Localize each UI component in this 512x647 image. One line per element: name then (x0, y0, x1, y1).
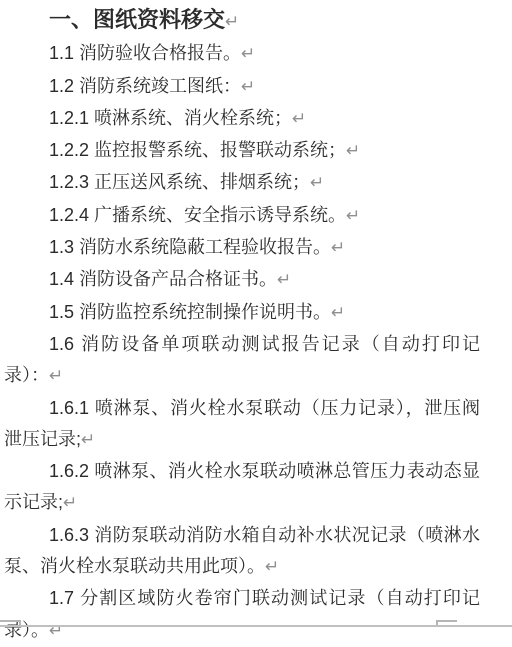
paragraph-text: 1.1 消防验收合格报告。 (49, 43, 241, 63)
paragraph-text: 1.2.2 监控报警系统、报警联动系统； (49, 140, 346, 160)
paragraph-text: 1.7 分割区域防火卷帘门联动测试记录（自动打印记录）。 (4, 588, 480, 630)
paragraph-1-6-2[interactable]: 1.6.2 喷淋泵、消火栓水泵联动喷淋总管压力表动态显示记录;↵ (4, 456, 480, 520)
paragraph-mark-icon: ↵ (241, 77, 255, 97)
paragraph-mark-icon: ↵ (63, 493, 77, 513)
paragraph-mark-icon: ↵ (331, 303, 345, 323)
paragraph-mark-icon: ↵ (265, 557, 279, 577)
paragraph-mark-icon: ↵ (81, 430, 95, 450)
paragraph-1-1[interactable]: 1.1 消防验收合格报告。↵ (4, 38, 480, 70)
paragraph-1-7[interactable]: 1.7 分割区域防火卷帘门联动测试记录（自动打印记录）。↵ (4, 583, 480, 630)
paragraph-mark-icon: ↵ (225, 12, 239, 32)
paragraph-1-4[interactable]: 1.4 消防设备产品合格证书。↵ (4, 264, 480, 296)
paragraph-text: 一、图纸资料移交 (49, 7, 225, 32)
paragraph-mark-icon: ↵ (346, 141, 360, 161)
paragraph-text: 1.2 消防系统竣工图纸： (49, 76, 241, 96)
paragraph-text: 1.3 消防水系统隐蔽工程验收报告。 (49, 237, 331, 257)
paragraph-text: 1.5 消防监控系统控制操作说明书。 (49, 302, 331, 322)
paragraph-heading[interactable]: 一、图纸资料移交↵ (4, 4, 480, 38)
paragraph-mark-icon: ↵ (292, 109, 306, 129)
paragraph-text: 1.2.3 正压送风系统、排烟系统； (49, 172, 310, 192)
paragraph-text: 1.2.4 广播系统、安全指示诱导系统。 (49, 205, 346, 225)
paragraph-mark-icon: ↵ (49, 366, 63, 386)
page-boundary-line (0, 625, 512, 627)
paragraph-text: 1.4 消防设备产品合格证书。 (49, 269, 277, 289)
document-page[interactable]: 一、图纸资料移交↵ 1.1 消防验收合格报告。↵ 1.2 消防系统竣工图纸：↵ … (4, 4, 480, 630)
paragraph-1-2-1[interactable]: 1.2.1 喷淋系统、消火栓系统；↵ (4, 103, 480, 135)
paragraph-text: 1.2.1 喷淋系统、消火栓系统； (49, 108, 292, 128)
paragraph-1-6-3[interactable]: 1.6.3 消防泵联动消防水箱自动补水状况记录（喷淋水泵、消火栓水泵联动共用此项… (4, 520, 480, 584)
paragraph-1-6-1[interactable]: 1.6.1 喷淋泵、消火栓水泵联动（压力记录），泄压阀泄压记录;↵ (4, 393, 480, 457)
paragraph-1-2-3[interactable]: 1.2.3 正压送风系统、排烟系统；↵ (4, 167, 480, 199)
paragraph-mark-icon: ↵ (310, 173, 324, 193)
paragraph-mark-icon: ↵ (277, 270, 291, 290)
paragraph-text: 1.6 消防设备单项联动测试报告记录（自动打印记录）： (4, 334, 480, 385)
paragraph-1-6[interactable]: 1.6 消防设备单项联动测试报告记录（自动打印记录）：↵ (4, 329, 480, 393)
paragraph-1-2-4[interactable]: 1.2.4 广播系统、安全指示诱导系统。↵ (4, 200, 480, 232)
paragraph-1-3[interactable]: 1.3 消防水系统隐蔽工程验收报告。↵ (4, 232, 480, 264)
paragraph-mark-icon: ↵ (346, 206, 360, 226)
paragraph-text: 1.6.3 消防泵联动消防水箱自动补水状况记录（喷淋水泵、消火栓水泵联动共用此项… (4, 525, 480, 576)
paragraph-1-5[interactable]: 1.5 消防监控系统控制操作说明书。↵ (4, 297, 480, 329)
paragraph-mark-icon: ↵ (241, 44, 255, 64)
paragraph-text: 1.6.1 喷淋泵、消火栓水泵联动（压力记录），泄压阀泄压记录; (4, 398, 480, 449)
paragraph-mark-icon: ↵ (331, 238, 345, 258)
paragraph-1-2[interactable]: 1.2 消防系统竣工图纸：↵ (4, 71, 480, 103)
paragraph-1-2-2[interactable]: 1.2.2 监控报警系统、报警联动系统；↵ (4, 135, 480, 167)
